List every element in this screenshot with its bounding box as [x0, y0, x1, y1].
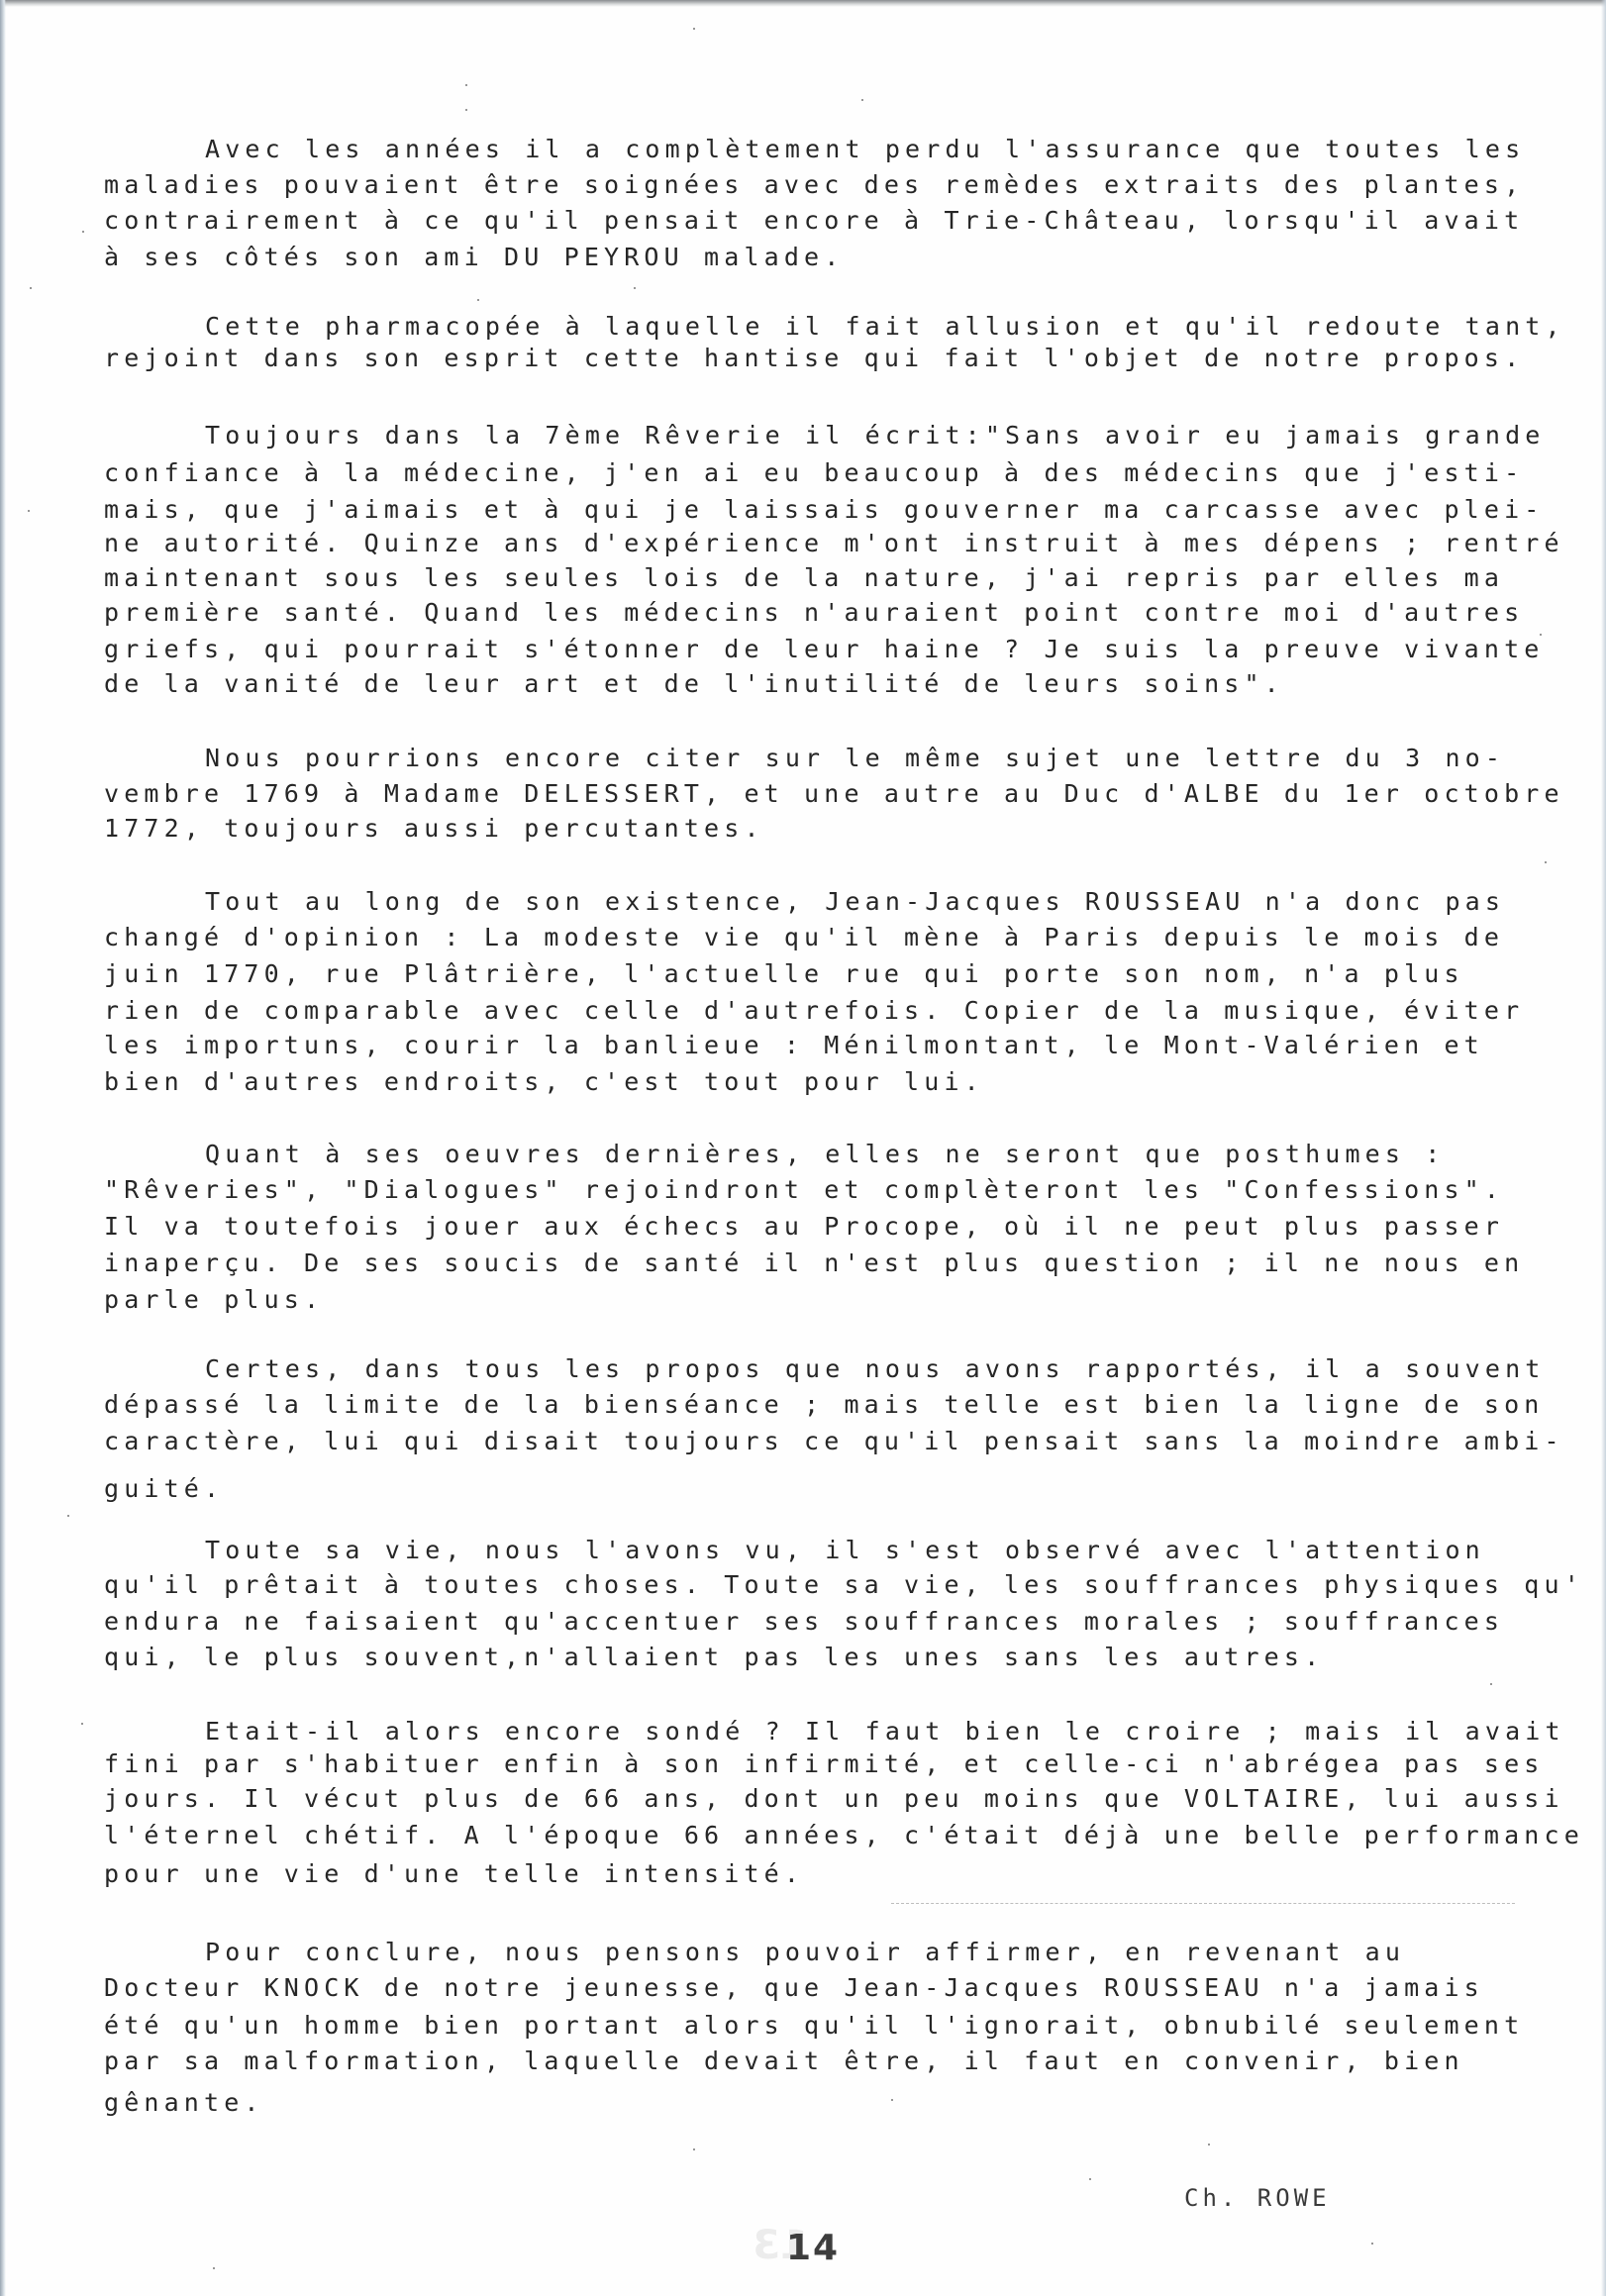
paragraph-line: guité.: [104, 1474, 224, 1504]
scan-edge-top: [0, 0, 1606, 7]
scan-speck: [81, 1723, 83, 1725]
scan-speck: [1089, 2178, 1091, 2180]
paragraph-first-line: Pour conclure, nous pensons pouvoir affi…: [205, 1938, 1405, 1967]
scan-edge-left: [0, 0, 6, 2296]
paragraph-first-line: Tout au long de son existence, Jean-Jacq…: [205, 887, 1505, 917]
paragraph-line: dépassé la limite de la bienséance ; mai…: [104, 1390, 1545, 1420]
scan-speck: [477, 299, 479, 301]
paragraph-first-line: Cette pharmacopée à laquelle il fait all…: [205, 312, 1565, 342]
paragraph-line: qu'il prêtait à toutes choses. Toute sa …: [104, 1570, 1584, 1600]
scan-speck: [891, 2099, 893, 2101]
paragraph-line: inaperçu. De ses soucis de santé il n'es…: [104, 1248, 1524, 1278]
paragraph-line: vembre 1769 à Madame DELESSERT, et une a…: [104, 779, 1564, 809]
scan-edge-right: [1601, 0, 1606, 2296]
scan-speck: [634, 287, 636, 289]
paragraph-line: "Rêveries", "Dialogues" rejoindront et c…: [104, 1175, 1504, 1205]
paragraph-first-line: Toujours dans la 7ème Rêverie il écrit:"…: [205, 421, 1546, 450]
paragraph-line: caractère, lui qui disait toujours ce qu…: [104, 1427, 1564, 1456]
paragraph-line: fini par s'habituer enfin à son infirmit…: [104, 1749, 1545, 1779]
paragraph-line: endura ne faisaient qu'accentuer ses sou…: [104, 1607, 1504, 1637]
scan-speck: [465, 84, 467, 86]
paragraph-line: changé d'opinion : La modeste vie qu'il …: [104, 923, 1504, 952]
paragraph-line: pour une vie d'une telle intensité.: [104, 1859, 804, 1889]
paragraph-line: Docteur KNOCK de notre jeunesse, que Jea…: [104, 1973, 1484, 2003]
scan-speck: [861, 99, 863, 101]
document-page: Avec les années il a complètement perdu …: [0, 0, 1606, 2296]
faint-dashed-rule: [891, 1903, 1515, 1904]
paragraph-line: griefs, qui pourrait s'étonner de leur h…: [104, 635, 1545, 664]
scan-speck: [30, 287, 32, 289]
scan-speck: [28, 510, 30, 512]
author-signature: Ch. ROWE: [1184, 2184, 1331, 2212]
paragraph-line: juin 1770, rue Plâtrière, l'actuelle rue…: [104, 959, 1464, 989]
paragraph-line: parle plus.: [104, 1285, 324, 1315]
paragraph-line: maintenant sous les seules lois de la na…: [104, 563, 1504, 593]
scan-speck: [1490, 1683, 1492, 1685]
paragraph-line: ne autorité. Quinze ans d'expérience m'o…: [104, 529, 1564, 558]
paragraph-line: gênante.: [104, 2088, 264, 2118]
paragraph-line: rejoint dans son esprit cette hantise qu…: [104, 344, 1524, 373]
paragraph-line: rien de comparable avec celle d'autrefoi…: [104, 996, 1524, 1026]
paragraph-line: l'éternel chétif. A l'époque 66 années, …: [104, 1821, 1584, 1850]
paragraph-first-line: Avec les années il a complètement perdu …: [205, 135, 1525, 164]
paragraph-line: première santé. Quand les médecins n'aur…: [104, 598, 1524, 628]
scan-speck: [1545, 861, 1547, 863]
paragraph-line: Il va toutefois jouer aux échecs au Proc…: [104, 1212, 1504, 1242]
paragraph-line: à ses côtés son ami DU PEYROU malade.: [104, 243, 844, 272]
scan-speck: [822, 2243, 824, 2245]
paragraph-line: jours. Il vécut plus de 66 ans, dont un …: [104, 1784, 1564, 1814]
paragraph-first-line: Etait-il alors encore sondé ? Il faut bi…: [205, 1717, 1565, 1747]
scan-speck: [1371, 2243, 1373, 2245]
paragraph-line: bien d'autres endroits, c'est tout pour …: [104, 1067, 984, 1097]
paragraph-line: les importuns, courir la banlieue : Méni…: [104, 1031, 1484, 1060]
scan-speck: [67, 1515, 69, 1517]
scan-speck: [82, 231, 84, 233]
page-number: 14: [786, 2228, 840, 2268]
paragraph-line: mais, que j'aimais et à qui je laissais …: [104, 495, 1545, 525]
scan-speck: [1540, 634, 1542, 636]
scan-speck: [213, 2267, 215, 2269]
scan-speck: [693, 28, 695, 30]
paragraph-first-line: Quant à ses oeuvres dernières, elles ne …: [205, 1140, 1445, 1169]
scan-speck: [693, 2148, 695, 2150]
paragraph-line: maladies pouvaient être soignées avec de…: [104, 170, 1524, 200]
paragraph-line: de la vanité de leur art et de l'inutili…: [104, 669, 1284, 699]
scan-speck: [465, 109, 467, 111]
paragraph-line: 1772, toujours aussi percutantes.: [104, 814, 764, 844]
paragraph-first-line: Certes, dans tous les propos que nous av…: [205, 1354, 1546, 1384]
paragraph-line: contrairement à ce qu'il pensait encore …: [104, 206, 1524, 236]
paragraph-line: confiance à la médecine, j'en ai eu beau…: [104, 458, 1524, 488]
paragraph-line: qui, le plus souvent,n'allaient pas les …: [104, 1643, 1324, 1672]
paragraph-first-line: Toute sa vie, nous l'avons vu, il s'est …: [205, 1536, 1485, 1565]
scan-speck: [1208, 2144, 1210, 2146]
paragraph-line: par sa malformation, laquelle devait êtr…: [104, 2046, 1464, 2076]
paragraph-line: été qu'un homme bien portant alors qu'il…: [104, 2011, 1524, 2041]
paragraph-first-line: Nous pourrions encore citer sur le même …: [205, 744, 1505, 773]
